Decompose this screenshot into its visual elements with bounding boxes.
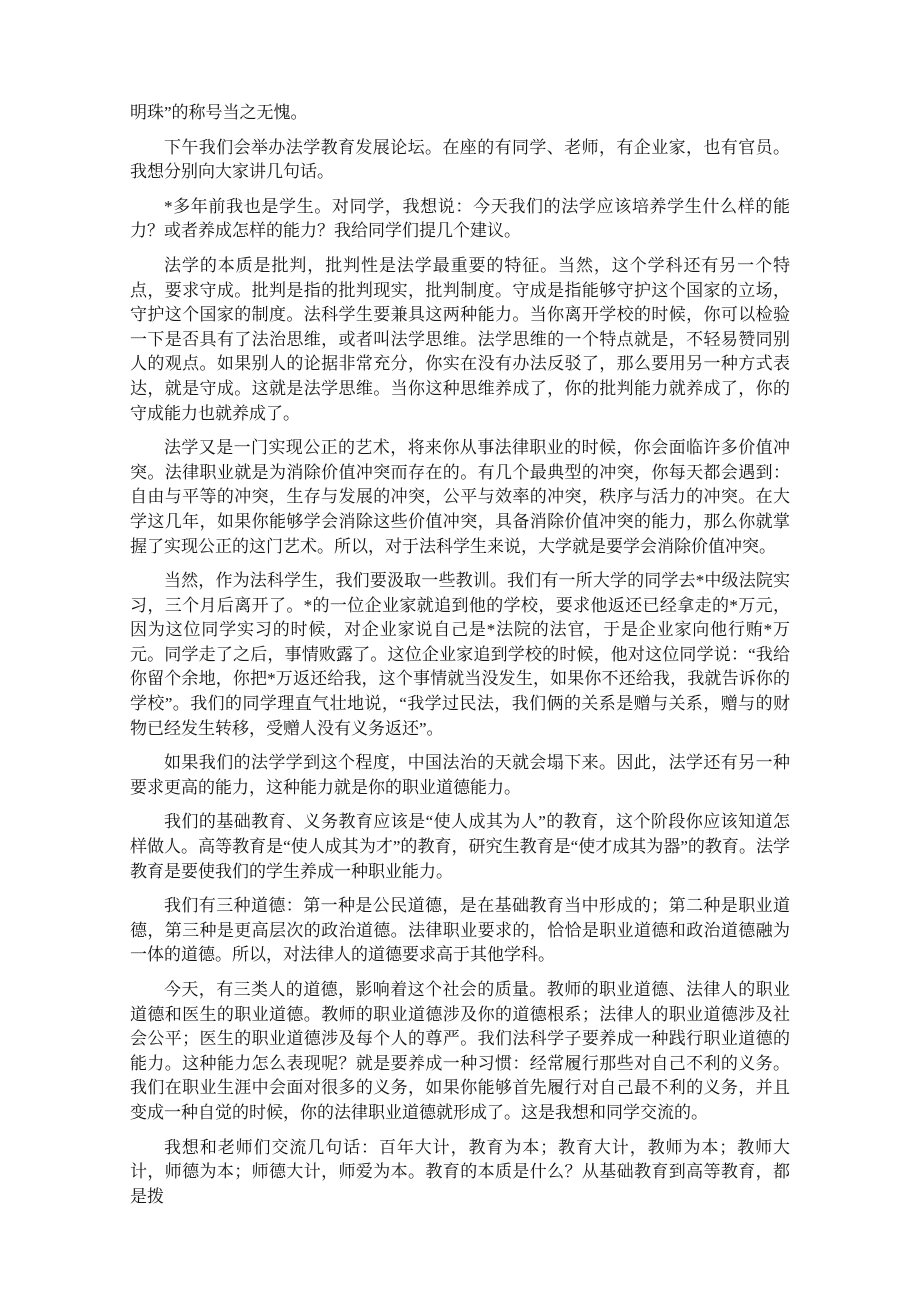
paragraph: 法学又是一门实现公正的艺术，将来你从事法律职业的时候，你会面临许多价值冲突。法律… <box>130 436 790 559</box>
paragraph: 下午我们会举办法学教育发展论坛。在座的有同学、老师，有企业家，也有官员。我想分别… <box>130 136 790 185</box>
paragraph: 今天，有三类人的道德，影响着这个社会的质量。教师的职业道德、法律人的职业道德和医… <box>130 978 790 1126</box>
paragraph: 我们的基础教育、义务教育应该是“使人成其为人”的教育，这个阶段你应该知道怎样做人… <box>130 810 790 884</box>
paragraph: 我们有三种道德：第一种是公民道德，是在基础教育当中形成的；第二种是职业道德，第三… <box>130 894 790 968</box>
paragraph: 当然，作为法科学生，我们要汲取一些教训。我们有一所大学的同学去*中级法院实习，三… <box>130 569 790 741</box>
paragraph: *多年前我也是学生。对同学，我想说：今天我们的法学应该培养学生什么样的能力？或者… <box>130 195 790 244</box>
paragraph: 如果我们的法学学到这个程度，中国法治的天就会塌下来。因此，法学还有另一种要求更高… <box>130 751 790 800</box>
paragraph: 我想和老师们交流几句话：百年大计，教育为本；教育大计，教师为本；教师大计，师德为… <box>130 1136 790 1210</box>
paragraph-continuation: 明珠”的称号当之无愧。 <box>130 101 790 126</box>
paragraph: 法学的本质是批判，批判性是法学最重要的特征。当然，这个学科还有另一个特点，要求守… <box>130 254 790 426</box>
document-body: 明珠”的称号当之无愧。 下午我们会举办法学教育发展论坛。在座的有同学、老师，有企… <box>130 101 790 1219</box>
document-page: 明珠”的称号当之无愧。 下午我们会举办法学教育发展论坛。在座的有同学、老师，有企… <box>0 0 920 1301</box>
